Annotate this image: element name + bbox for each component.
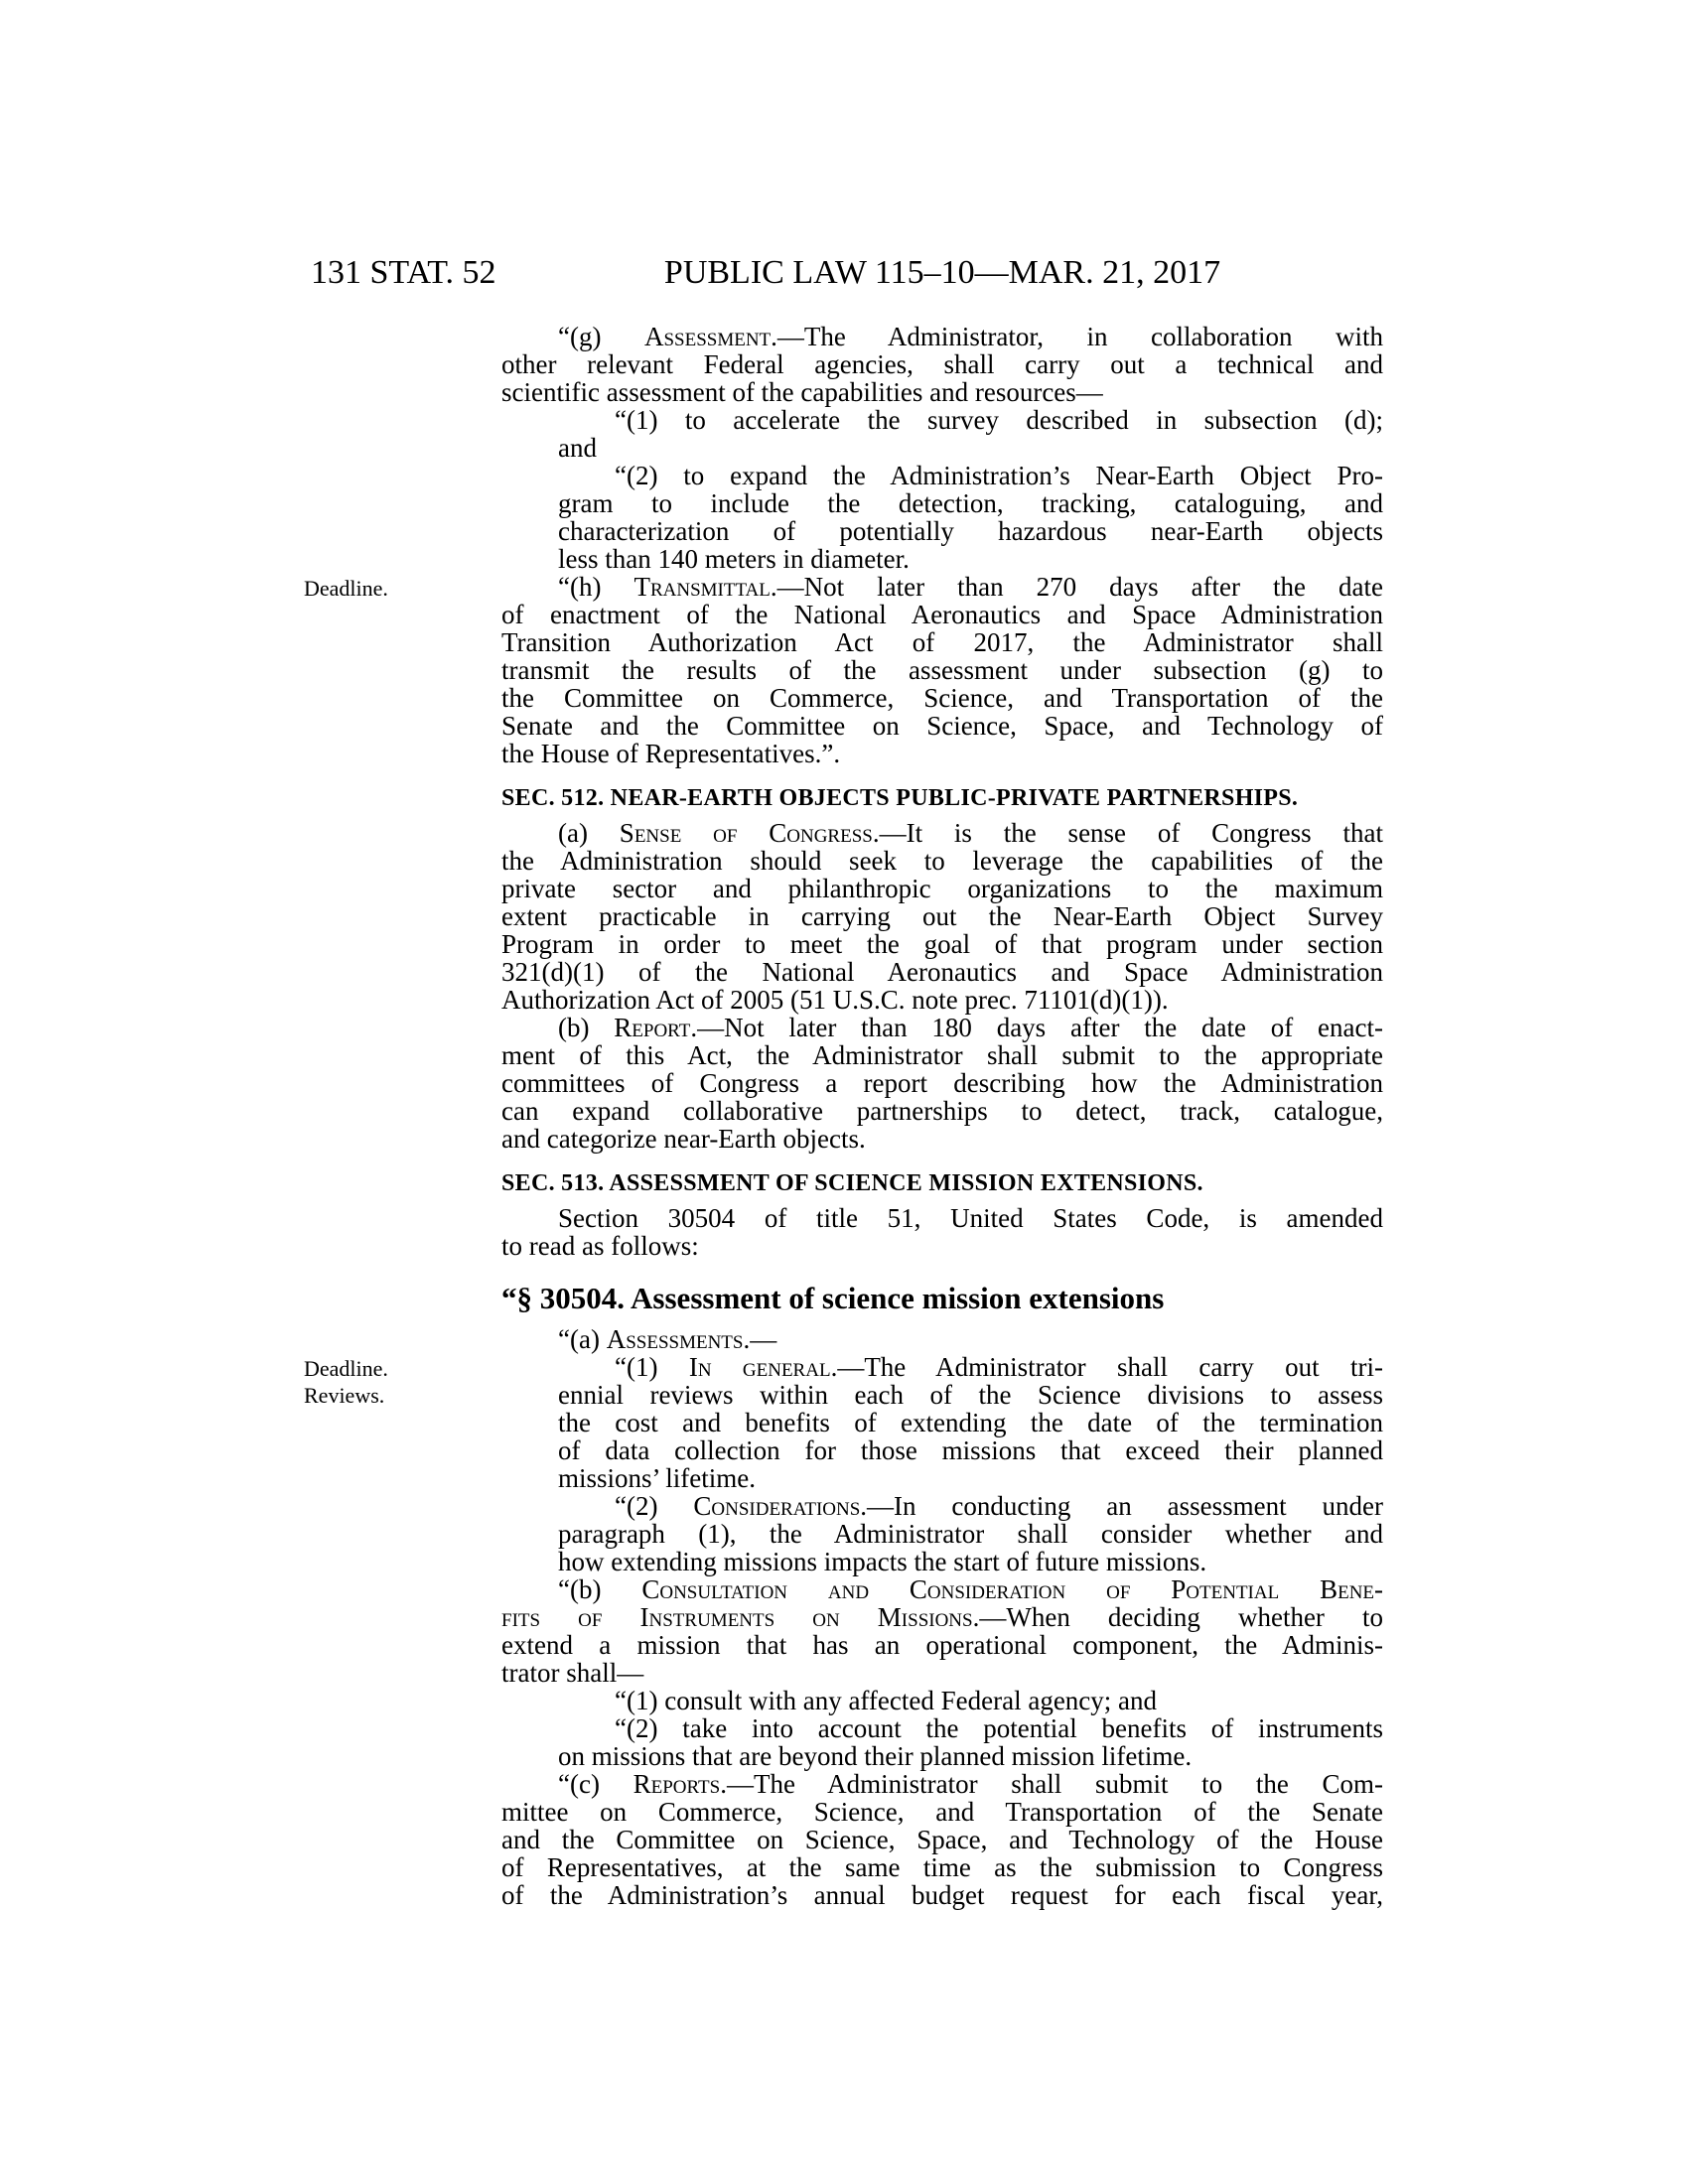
page-number: 131 STAT. 52: [311, 255, 496, 291]
text-line: “(b) Consultation and Consideration of P…: [501, 1575, 1383, 1603]
text-line: (b) Report.—Not later than 180 days afte…: [501, 1014, 1383, 1041]
text-line: how extending missions impacts the start…: [501, 1548, 1383, 1575]
text-line: gram to include the detection, tracking,…: [501, 489, 1383, 517]
text-line: Senate and the Committee on Science, Spa…: [501, 712, 1383, 740]
text-line: trator shall—: [501, 1659, 1383, 1687]
text-line: can expand collaborative partnerships to…: [501, 1097, 1383, 1125]
text-line: to read as follows:: [501, 1232, 1383, 1260]
text-line: of data collection for those missions th…: [501, 1436, 1383, 1464]
text-line: extent practicable in carrying out the N…: [501, 902, 1383, 930]
text-line: the House of Representatives.”.: [501, 740, 1383, 767]
text-line: committees of Congress a report describi…: [501, 1069, 1383, 1097]
text-line: on missions that are beyond their planne…: [501, 1742, 1383, 1770]
text-line: missions’ lifetime.: [501, 1464, 1383, 1492]
section-heading: SEC. 512. NEAR-EARTH OBJECTS PUBLIC-PRIV…: [501, 784, 1383, 812]
text-line: (a) Sense of Congress.—It is the sense o…: [501, 819, 1383, 847]
text-line: Program in order to meet the goal of tha…: [501, 930, 1383, 958]
text-line: “(2) take into account the potential ben…: [501, 1714, 1383, 1742]
text-line: ennial reviews within each of the Scienc…: [501, 1381, 1383, 1409]
text-line: Section 30504 of title 51, United States…: [501, 1204, 1383, 1232]
text-column: “(g) Assessment.—The Administrator, in c…: [501, 323, 1383, 1909]
text-line: 321(d)(1) of the National Aeronautics an…: [501, 958, 1383, 986]
text-line: “(2) to expand the Administration’s Near…: [501, 462, 1383, 489]
text-line: and: [501, 434, 1383, 462]
text-line: characterization of potentially hazardou…: [501, 517, 1383, 545]
text-line: and categorize near-Earth objects.: [501, 1125, 1383, 1153]
text-line: “(1) In general.—The Administrator shall…: [501, 1353, 1383, 1381]
text-line: of the Administration’s annual budget re…: [501, 1881, 1383, 1909]
text-line: private sector and philanthropic organiz…: [501, 875, 1383, 902]
statute-page: 131 STAT. 52 PUBLIC LAW 115–10—MAR. 21, …: [0, 0, 1688, 2184]
text-line: ment of this Act, the Administrator shal…: [501, 1041, 1383, 1069]
text-line: “(1) to accelerate the survey described …: [501, 406, 1383, 434]
usc-section-heading: “§ 30504. Assessment of science mission …: [501, 1283, 1383, 1314]
text-line: “(g) Assessment.—The Administrator, in c…: [501, 323, 1383, 350]
text-line: Transition Authorization Act of 2017, th…: [501, 628, 1383, 656]
text-line: extend a mission that has an operational…: [501, 1631, 1383, 1659]
text-line: of enactment of the National Aeronautics…: [501, 601, 1383, 628]
text-line: scientific assessment of the capabilitie…: [501, 378, 1383, 406]
text-line: the cost and benefits of extending the d…: [501, 1409, 1383, 1436]
margin-note: Deadline.: [304, 575, 492, 602]
text-line: “(c) Reports.—The Administrator shall su…: [501, 1770, 1383, 1798]
text-line: Authorization Act of 2005 (51 U.S.C. not…: [501, 986, 1383, 1014]
text-line: “(h) Transmittal.—Not later than 270 day…: [501, 573, 1383, 601]
text-line: and the Committee on Science, Space, and…: [501, 1826, 1383, 1853]
text-line: of Representatives, at the same time as …: [501, 1853, 1383, 1881]
text-line: the Administration should seek to levera…: [501, 847, 1383, 875]
text-line: “(2) Considerations.—In conducting an as…: [501, 1492, 1383, 1520]
text-line: “(1) consult with any affected Federal a…: [501, 1687, 1383, 1714]
text-line: fits of Instruments on Missions.—When de…: [501, 1603, 1383, 1631]
text-line: the Committee on Commerce, Science, and …: [501, 684, 1383, 712]
text-line: “(a) Assessments.—: [501, 1325, 1383, 1353]
text-line: transmit the results of the assessment u…: [501, 656, 1383, 684]
running-head: PUBLIC LAW 115–10—MAR. 21, 2017: [501, 255, 1383, 291]
text-line: paragraph (1), the Administrator shall c…: [501, 1520, 1383, 1548]
text-line: other relevant Federal agencies, shall c…: [501, 350, 1383, 378]
section-heading: SEC. 513. ASSESSMENT OF SCIENCE MISSION …: [501, 1169, 1383, 1197]
text-line: mittee on Commerce, Science, and Transpo…: [501, 1798, 1383, 1826]
text-line: less than 140 meters in diameter.: [501, 545, 1383, 573]
margin-note: Deadline.Reviews.: [304, 1355, 492, 1409]
